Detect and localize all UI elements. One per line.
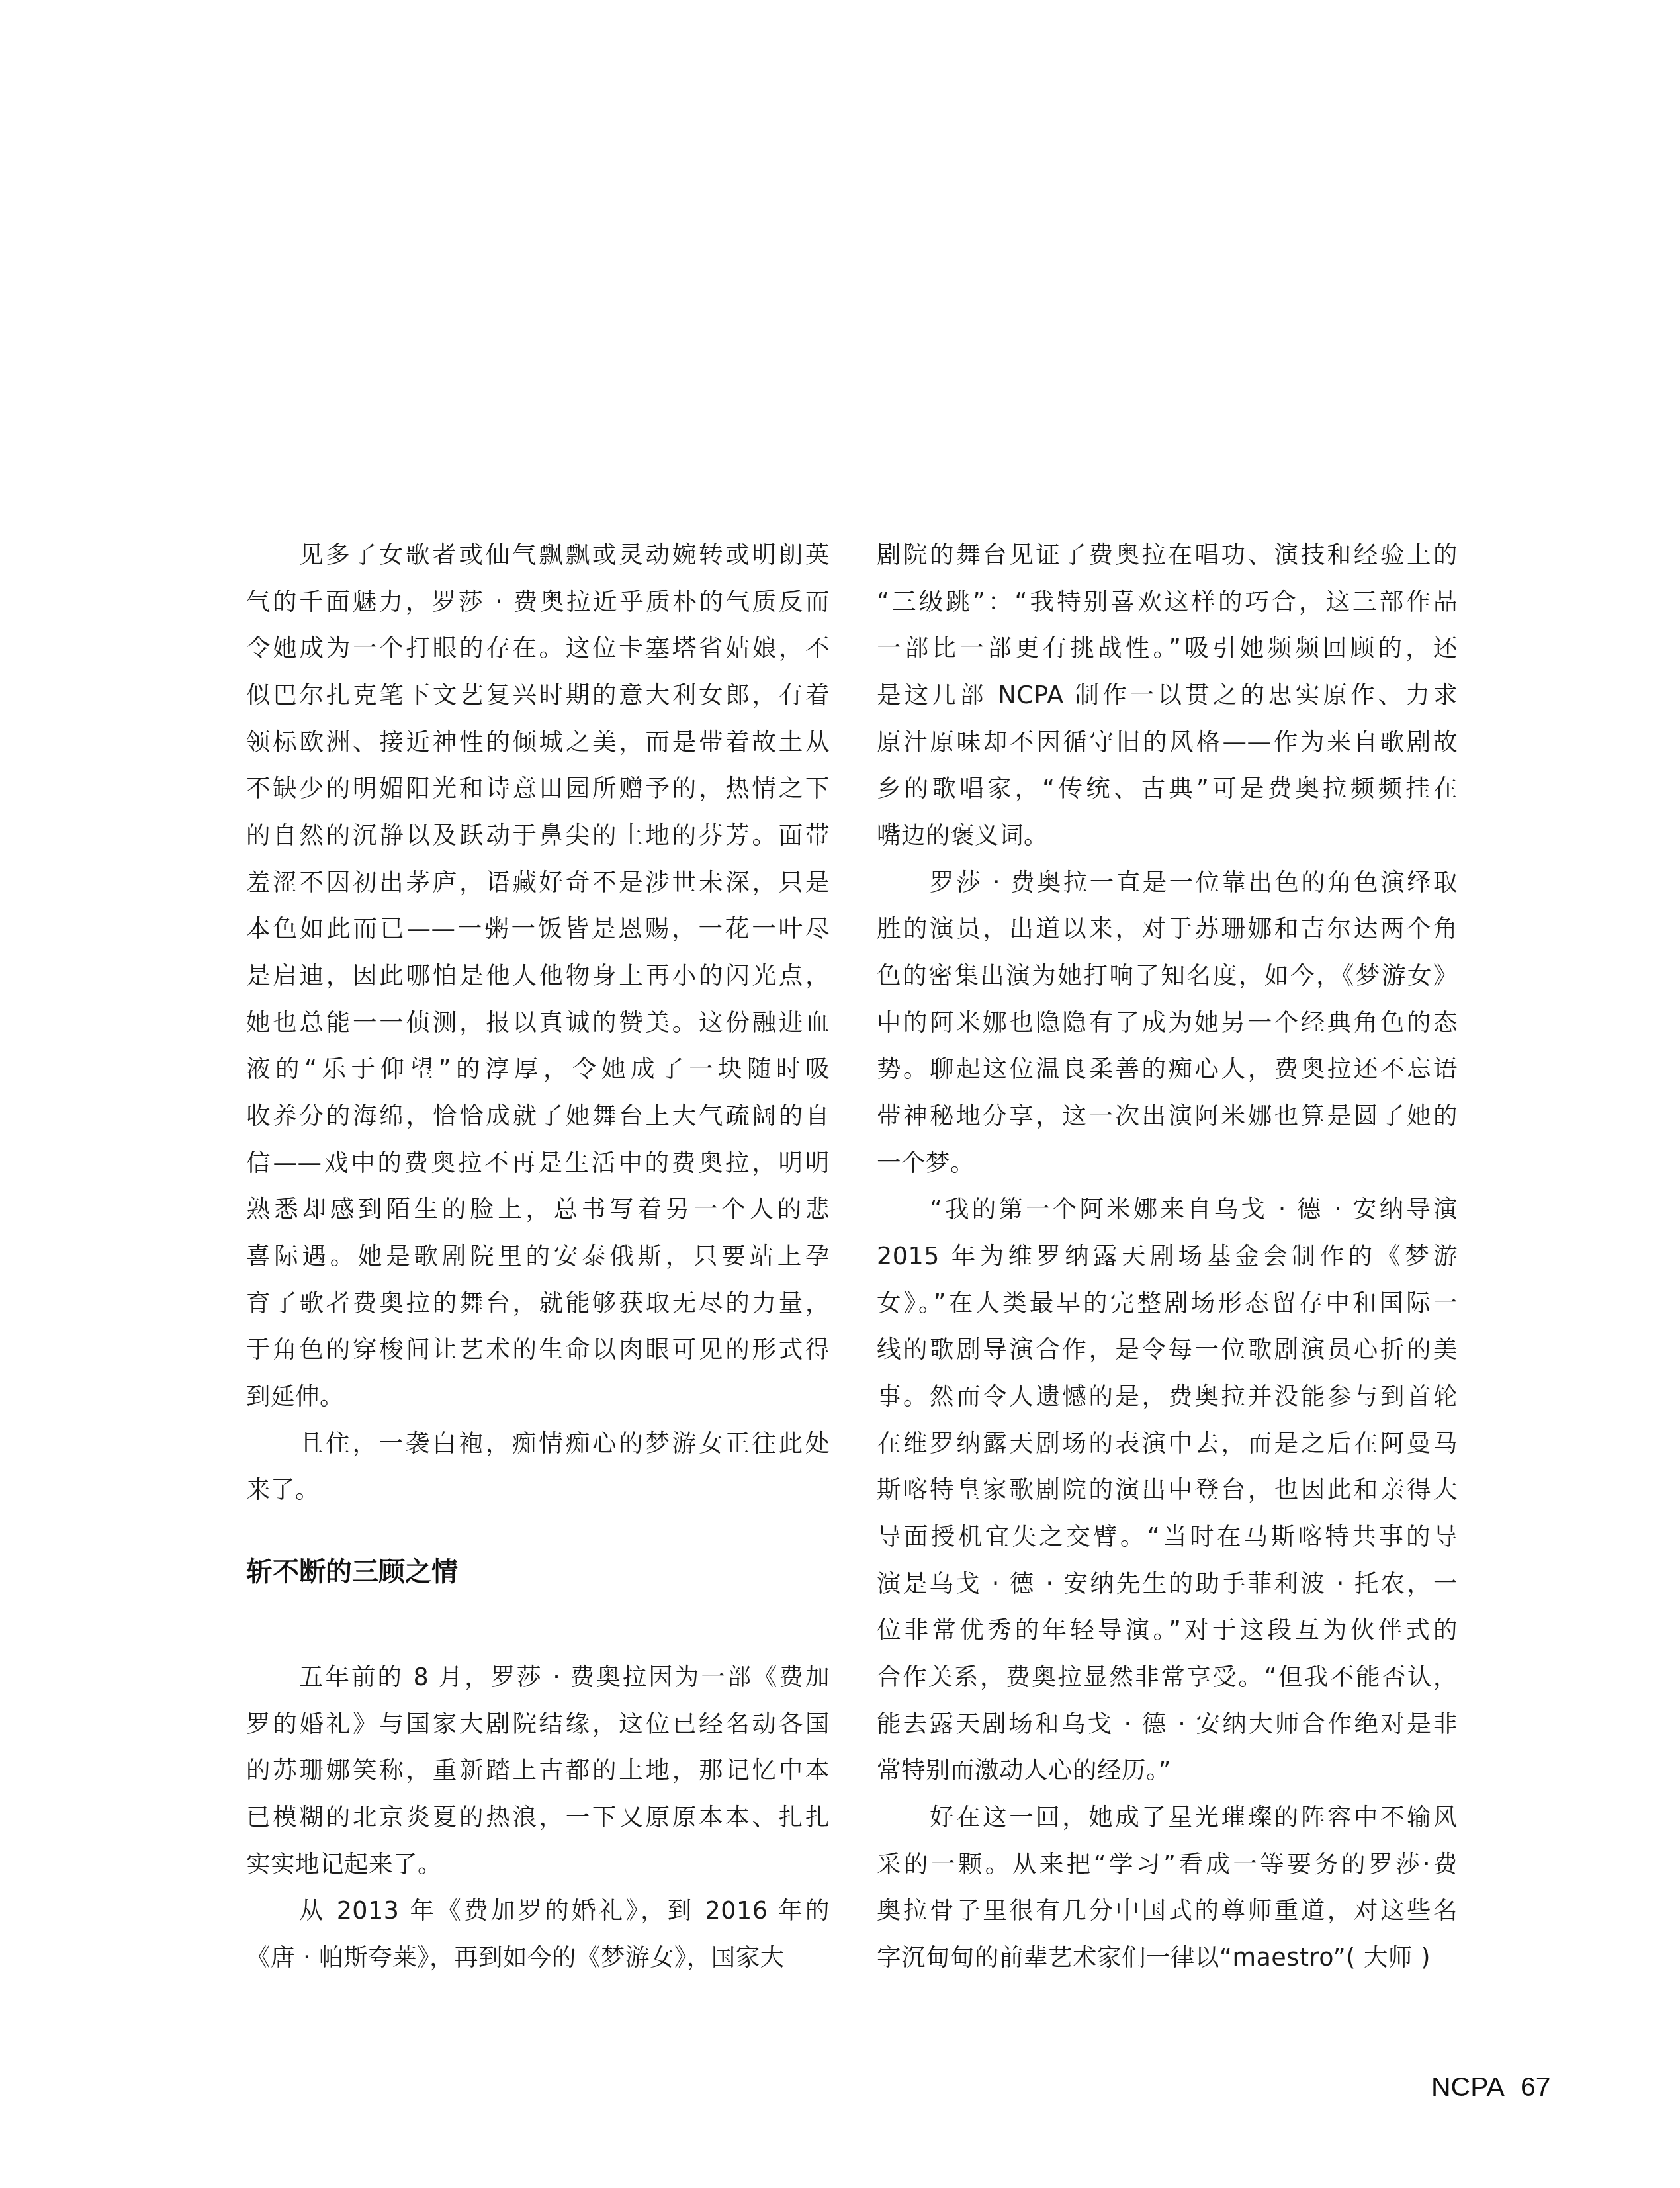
text-line: 实实地记起来了。 (246, 1841, 830, 1888)
text-line: 是这几部 NCPA 制作一以贯之的忠实原作、力求 (877, 672, 1458, 719)
text-line: 常特别而激动人心的经历。” (877, 1747, 1458, 1794)
page-number: 67 (1521, 2072, 1551, 2102)
text-line: 字沉甸甸的前辈艺术家们一律以“maestro”( 大师 ) (877, 1935, 1458, 1981)
text-line: 采的一颗。从来把“学习”看成一等要务的罗莎·费 (877, 1841, 1458, 1888)
text-line: 气的千面魅力，罗莎 · 费奥拉近乎质朴的气质反而 (246, 579, 830, 625)
text-line: 《唐 · 帕斯夸莱》，再到如今的《梦游女》，国家大 (246, 1935, 830, 1981)
section-heading: 斩不断的三顾之情 (246, 1549, 458, 1595)
text-line: 2015 年为维罗纳露天剧场基金会制作的《梦游 (877, 1233, 1458, 1280)
text-line: 不缺少的明媚阳光和诗意田园所赠予的，热情之下 (246, 766, 830, 812)
text-line: 已模糊的北京炎夏的热浪，一下又原原本本、扎扎 (246, 1794, 830, 1841)
text-line: 来了。 (246, 1467, 830, 1513)
text-line: 斯喀特皇家歌剧院的演出中登台，也因此和亲得大 (877, 1467, 1458, 1513)
text-line: 在维罗纳露天剧场的表演中去，而是之后在阿曼马 (877, 1421, 1458, 1467)
text-line: 奥拉骨子里很有几分中国式的尊师重道，对这些名 (877, 1888, 1458, 1934)
magazine-page: 见多了女歌者或仙气飘飘或灵动婉转或明朗英气的千面魅力，罗莎 · 费奥拉近乎质朴的… (0, 0, 1680, 2188)
text-line: 罗的婚礼》与国家大剧院结缘，这位已经名动各国 (246, 1701, 830, 1747)
text-line: 五年前的 8 月，罗莎 · 费奥拉因为一部《费加 (246, 1654, 830, 1700)
text-line: 嘴边的褒义词。 (877, 812, 1458, 859)
text-line: 羞涩不因初出茅庐，语藏好奇不是涉世未深，只是 (246, 859, 830, 906)
text-line: 罗莎 · 费奥拉一直是一位靠出色的角色演绎取 (877, 859, 1458, 906)
text-line: 演是乌戈 · 德 · 安纳先生的助手菲利波 · 托农，一 (877, 1561, 1458, 1607)
text-line: 导面授机宜失之交臂。“当时在马斯喀特共事的导 (877, 1514, 1458, 1560)
text-line: 事。然而令人遗憾的是，费奥拉并没能参与到首轮 (877, 1374, 1458, 1420)
page-folio: NCPA67 (1431, 2067, 1550, 2107)
text-line: 剧院的舞台见证了费奥拉在唱功、演技和经验上的 (877, 532, 1458, 578)
text-line: 乡的歌唱家，“传统、古典”可是费奥拉频频挂在 (877, 766, 1458, 812)
text-line: 见多了女歌者或仙气飘飘或灵动婉转或明朗英 (246, 532, 830, 578)
text-line: 熟悉却感到陌生的脸上，总书写着另一个人的悲 (246, 1186, 830, 1233)
text-line: 信——戏中的费奥拉不再是生活中的费奥拉，明明 (246, 1140, 830, 1186)
folio-brand: NCPA (1431, 2072, 1505, 2102)
text-line: 她也总能一一侦测，报以真诚的赞美。这份融进血 (246, 1000, 830, 1046)
text-line: 收养分的海绵，恰恰成就了她舞台上大气疏阔的自 (246, 1093, 830, 1139)
text-line: 的自然的沉静以及跃动于鼻尖的土地的芬芳。面带 (246, 812, 830, 859)
text-line: 到延伸。 (246, 1374, 830, 1420)
text-line: 好在这一回，她成了星光璀璨的阵容中不输风 (877, 1794, 1458, 1841)
text-line: 原汁原味却不因循守旧的风格——作为来自歌剧故 (877, 719, 1458, 766)
text-line: “三级跳”：“我特别喜欢这样的巧合，这三部作品 (877, 579, 1458, 625)
text-line: 女》。”在人类最早的完整剧场形态留存中和国际一 (877, 1280, 1458, 1327)
text-line: 喜际遇。她是歌剧院里的安泰俄斯，只要站上孕 (246, 1233, 830, 1280)
text-line: 本色如此而已——一粥一饭皆是恩赐，一花一叶尽 (246, 906, 830, 952)
text-line: 令她成为一个打眼的存在。这位卡塞塔省姑娘，不 (246, 625, 830, 672)
text-line: 领标欧洲、接近神性的倾城之美，而是带着故土从 (246, 719, 830, 766)
text-line: 似巴尔扎克笔下文艺复兴时期的意大利女郎，有着 (246, 672, 830, 719)
text-line: 位非常优秀的年轻导演。”对于这段互为伙伴式的 (877, 1607, 1458, 1653)
text-line: 一个梦。 (877, 1140, 1458, 1186)
text-line: 势。聊起这位温良柔善的痴心人，费奥拉还不忘语 (877, 1046, 1458, 1092)
text-line: 育了歌者费奥拉的舞台，就能够获取无尽的力量， (246, 1280, 830, 1327)
text-line: 线的歌剧导演合作，是令每一位歌剧演员心折的美 (877, 1327, 1458, 1373)
text-line: 液的“乐于仰望”的淳厚，令她成了一块随时吸 (246, 1046, 830, 1092)
text-line: 一部比一部更有挑战性。”吸引她频频回顾的，还 (877, 625, 1458, 672)
text-line: 中的阿米娜也隐隐有了成为她另一个经典角色的态 (877, 1000, 1458, 1046)
text-line: 是启迪，因此哪怕是他人他物身上再小的闪光点， (246, 953, 830, 999)
text-line: “我的第一个阿米娜来自乌戈 · 德 · 安纳导演 (877, 1186, 1458, 1233)
text-line: 色的密集出演为她打响了知名度，如今，《梦游女》 (877, 953, 1458, 999)
text-line: 从 2013 年《费加罗的婚礼》，到 2016 年的 (246, 1888, 830, 1934)
text-line: 于角色的穿梭间让艺术的生命以肉眼可见的形式得 (246, 1327, 830, 1373)
text-line: 且住，一袭白袍，痴情痴心的梦游女正往此处 (246, 1421, 830, 1467)
text-line: 胜的演员，出道以来，对于苏珊娜和吉尔达两个角 (877, 906, 1458, 952)
text-line: 能去露天剧场和乌戈 · 德 · 安纳大师合作绝对是非 (877, 1701, 1458, 1747)
text-line: 的苏珊娜笑称，重新踏上古都的土地，那记忆中本 (246, 1747, 830, 1794)
text-line: 带神秘地分享，这一次出演阿米娜也算是圆了她的 (877, 1093, 1458, 1139)
text-line: 合作关系，费奥拉显然非常享受。“但我不能否认， (877, 1654, 1458, 1700)
